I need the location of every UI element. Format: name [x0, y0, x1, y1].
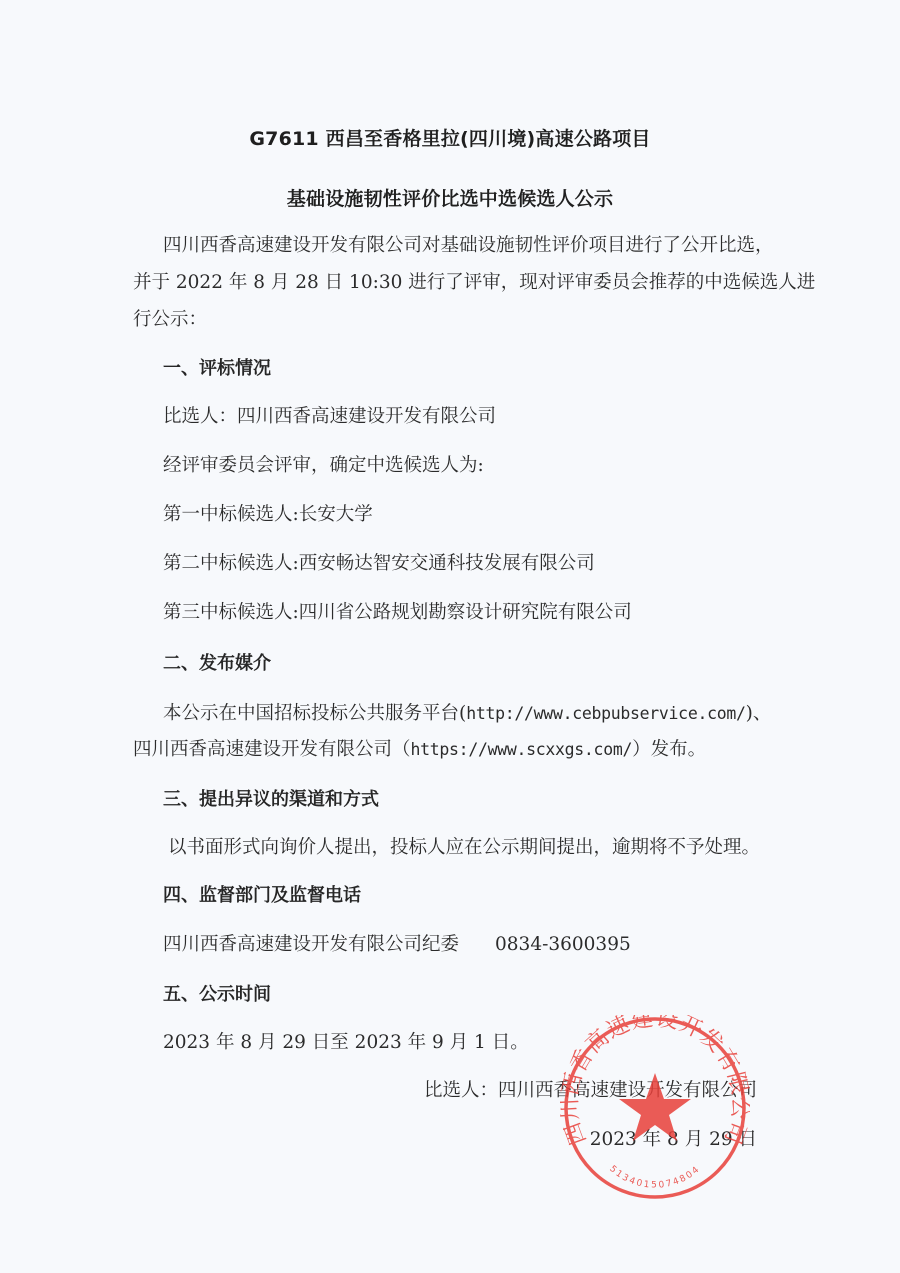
- section-heading-media: 二、发布媒介: [163, 652, 271, 676]
- objection-line: 以书面形式向询价人提出，投标人应在公示期间提出，逾期将不予处理。: [168, 836, 760, 860]
- media-line-1-prefix: 本公示在中国招标投标公共服务平台(: [163, 703, 466, 724]
- supervision-line: 四川西香高速建设开发有限公司纪委0834-3600395: [163, 933, 631, 957]
- document-page: G7611 西昌至香格里拉(四川境)高速公路项目 基础设施韧性评价比选中选候选人…: [0, 0, 900, 1273]
- official-seal-icon: 四川西香高速建设开发有限公司 5134015074804: [560, 1015, 750, 1205]
- document-title-line-2: 基础设施韧性评价比选中选候选人公示: [0, 184, 900, 211]
- media-line-2-prefix: 四川西香高速建设开发有限公司（: [133, 739, 411, 760]
- media-line-1: 本公示在中国招标投标公共服务平台(http://www.cebpubservic…: [163, 702, 771, 726]
- seal-serial: 5134015074804: [607, 1164, 703, 1191]
- period-line: 2023 年 8 月 29 日至 2023 年 9 月 1 日。: [163, 1031, 529, 1055]
- section-heading-objection: 三、提出异议的渠道和方式: [163, 788, 379, 812]
- signature-issuer: 比选人：四川西香高速建设开发有限公司: [424, 1079, 757, 1103]
- signature-date: 2023 年 8 月 29 日: [590, 1128, 757, 1152]
- candidate-3: 第三中标候选人:四川省公路规划勘察设计研究院有限公司: [163, 601, 632, 625]
- intro-line-3: 行公示：: [133, 308, 207, 332]
- candidate-1: 第一中标候选人:长安大学: [163, 503, 373, 527]
- media-line-1-suffix: )、: [746, 703, 772, 724]
- supervision-phone: 0834-3600395: [495, 934, 631, 955]
- svg-text:5134015074804: 5134015074804: [607, 1164, 703, 1191]
- supervision-department: 四川西香高速建设开发有限公司纪委: [163, 934, 459, 955]
- section-heading-evaluation: 一、评标情况: [163, 357, 271, 381]
- intro-line-1: 四川西香高速建设开发有限公司对基础设施韧性评价项目进行了公开比选，: [163, 234, 774, 258]
- candidate-2: 第二中标候选人:西安畅达智安交通科技发展有限公司: [163, 552, 595, 576]
- media-line-2-suffix: ）发布。: [632, 739, 706, 760]
- bidder-line: 比选人：四川西香高速建设开发有限公司: [163, 405, 496, 429]
- section-heading-period: 五、公示时间: [163, 983, 271, 1007]
- section-heading-supervision: 四、监督部门及监督电话: [163, 884, 361, 908]
- intro-line-2: 并于 2022 年 8 月 28 日 10:30 进行了评审，现对评审委员会推荐…: [133, 271, 815, 295]
- media-line-2: 四川西香高速建设开发有限公司（https://www.scxxgs.com/）发…: [133, 738, 706, 762]
- review-result-line: 经评审委员会评审，确定中选候选人为:: [163, 454, 484, 478]
- cebpubservice-link[interactable]: http://www.cebpubservice.com/: [466, 704, 745, 723]
- scxxgs-link[interactable]: https://www.scxxgs.com/: [411, 740, 633, 759]
- document-title-line-1: G7611 西昌至香格里拉(四川境)高速公路项目: [0, 124, 900, 151]
